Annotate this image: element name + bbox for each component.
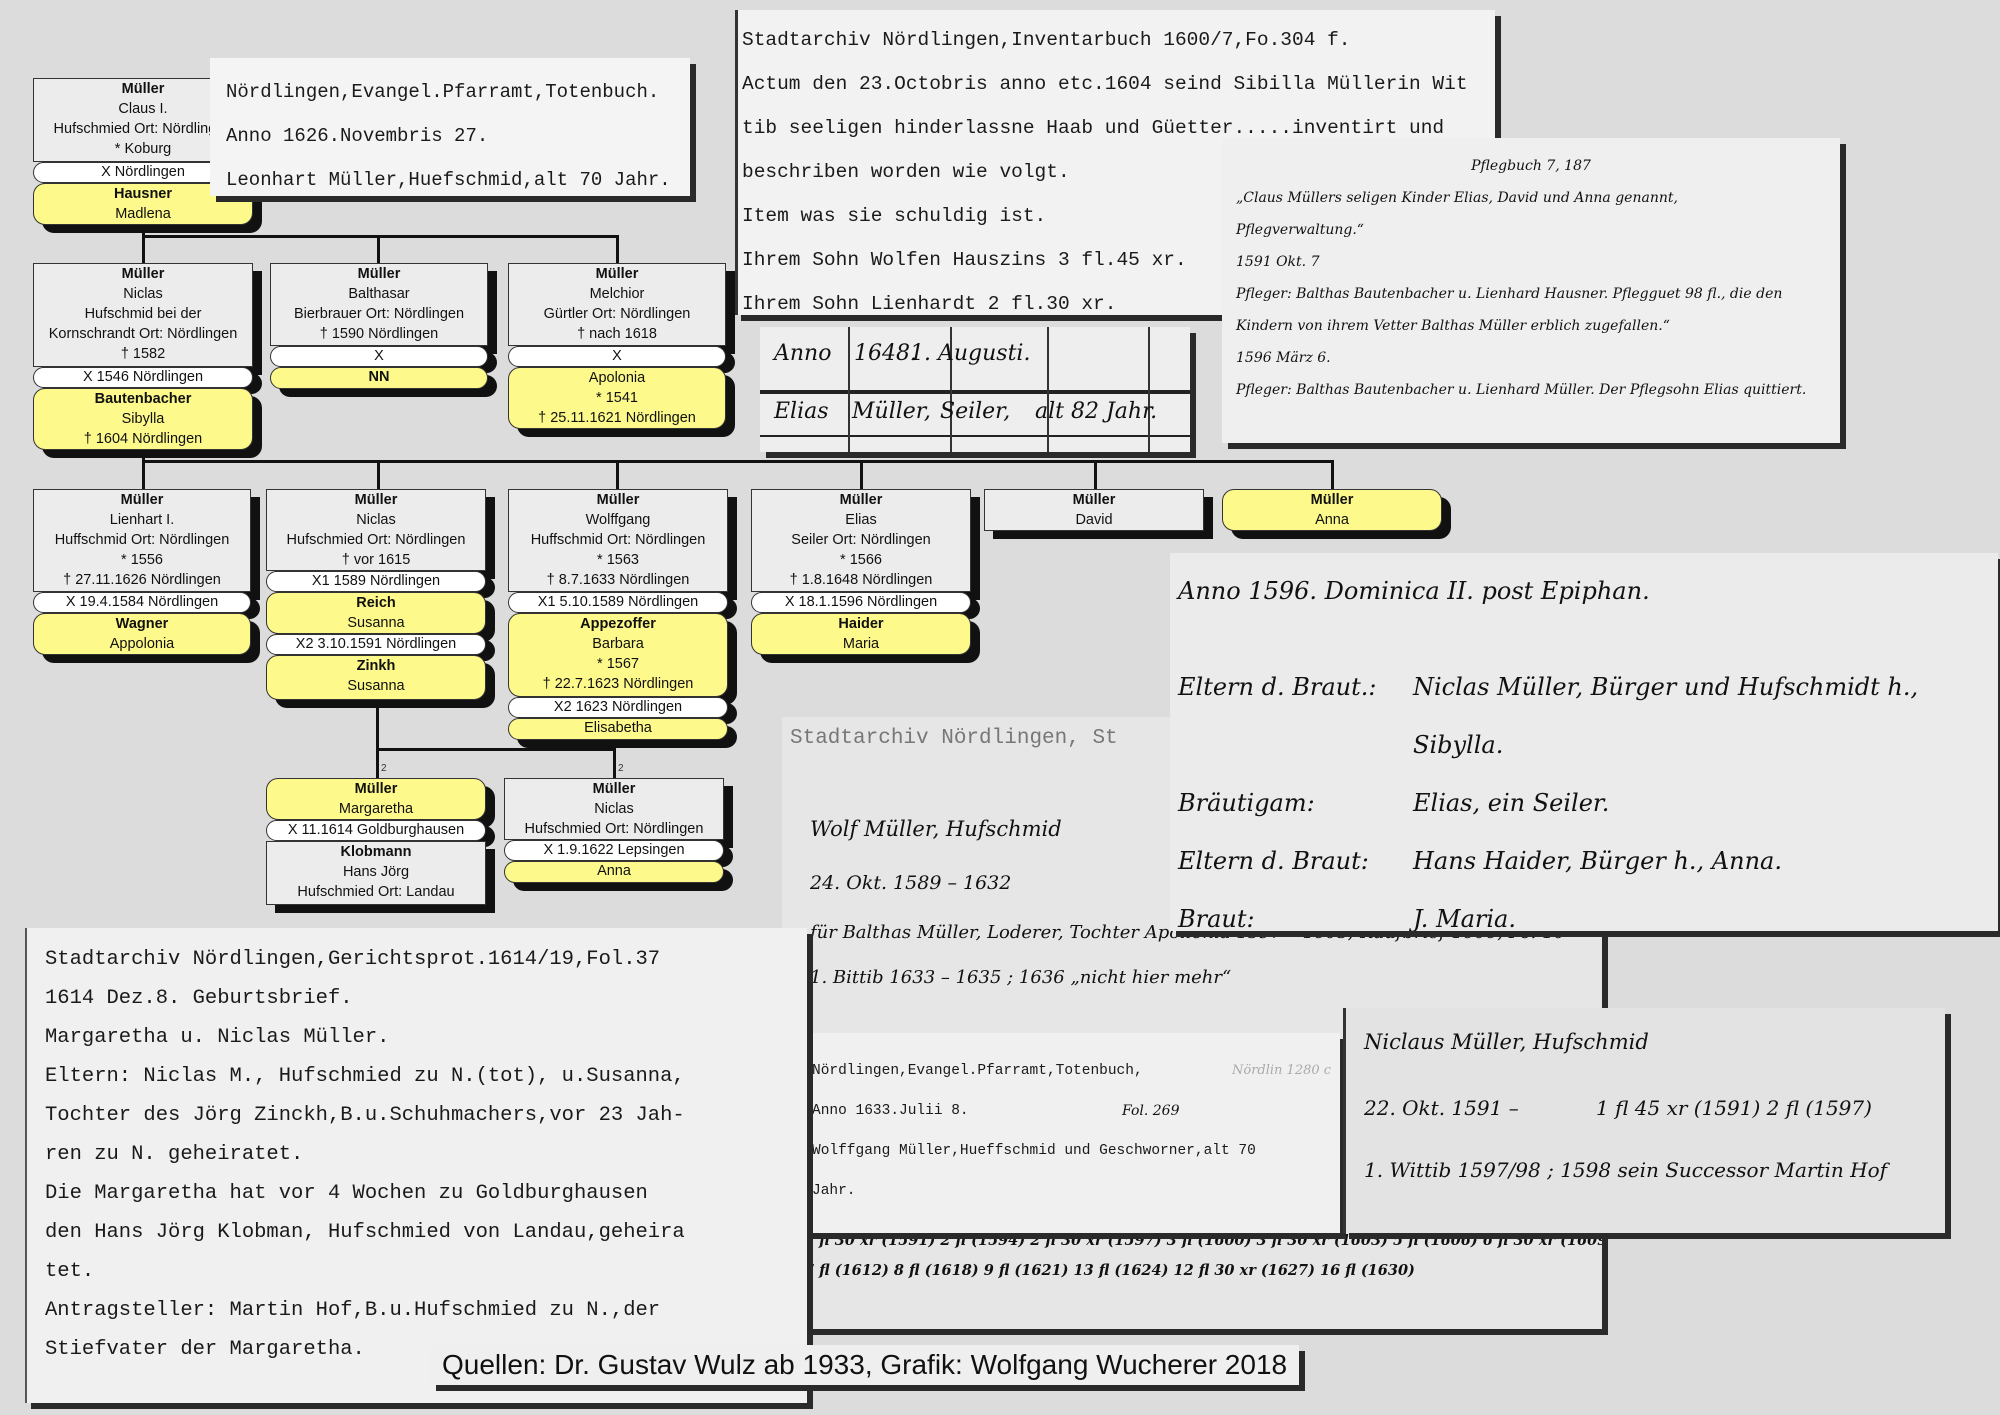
document-totenbuch-1648: Anno 1648. 1. Augusti. Elias Müller, Sei… bbox=[760, 327, 1190, 452]
marriage-record: X1 1589 Nördlingen bbox=[266, 571, 486, 592]
person-david-mueller[interactable]: Müller David bbox=[984, 489, 1204, 531]
marriage-record: X 11.1614 Goldburghausen bbox=[266, 820, 486, 841]
person-maria-haider[interactable]: Haider Maria bbox=[751, 613, 971, 655]
marriage-record: X2 1623 Nördlingen bbox=[508, 697, 728, 718]
person-elisabetha[interactable]: Elisabetha bbox=[508, 718, 728, 740]
person-apolonia[interactable]: Apolonia * 1541 † 25.11.1621 Nördlingen bbox=[508, 367, 726, 429]
connector bbox=[377, 235, 380, 265]
person-elias-mueller[interactable]: Müller Elias Seiler Ort: Nördlingen * 15… bbox=[751, 489, 971, 592]
document-totenbuch-1633: Nördlingen,Evangel.Pfarramt,Totenbuch, A… bbox=[792, 1033, 1340, 1233]
person-hans-joerg-klobmann[interactable]: Klobmann Hans Jörg Hufschmied Ort: Landa… bbox=[266, 841, 486, 905]
person-susanna-zinkh[interactable]: Zinkh Susanna bbox=[266, 655, 486, 700]
document-totenbuch-1626: Nördlingen,Evangel.Pfarramt,Totenbuch. A… bbox=[210, 58, 690, 196]
generation-mark: 2 bbox=[381, 763, 387, 774]
person-niclas-mueller-3[interactable]: Müller Niclas Hufschmied Ort: Nördlingen bbox=[504, 778, 724, 840]
marriage-record: X1 5.10.1589 Nördlingen bbox=[508, 592, 728, 613]
marriage-record: X 18.1.1596 Nördlingen bbox=[751, 592, 971, 613]
person-appolonia-wagner[interactable]: Wagner Appolonia bbox=[33, 613, 251, 655]
person-niclas-mueller[interactable]: Müller Niclas Hufschmid bei der Kornschr… bbox=[33, 263, 253, 367]
connector bbox=[613, 748, 616, 780]
person-anna-mueller[interactable]: Müller Anna bbox=[1222, 489, 1442, 531]
connector bbox=[376, 748, 616, 751]
person-anna[interactable]: Anna bbox=[504, 861, 724, 883]
person-lienhart-mueller[interactable]: Müller Lienhart I. Huffschmid Ort: Nördl… bbox=[33, 489, 251, 592]
connector bbox=[616, 235, 619, 265]
marriage-record: X bbox=[508, 346, 726, 367]
generation-mark: 2 bbox=[618, 763, 624, 774]
person-melchior-mueller[interactable]: Müller Melchior Gürtler Ort: Nördlingen … bbox=[508, 263, 726, 346]
person-sibylla-bautenbacher[interactable]: Bautenbacher Sibylla † 1604 Nördlingen bbox=[33, 388, 253, 450]
marriage-record: X 19.4.1584 Nördlingen bbox=[33, 592, 251, 613]
person-nn[interactable]: NN bbox=[270, 367, 488, 389]
person-susanna-reich[interactable]: Reich Susanna bbox=[266, 592, 486, 634]
person-niclas-mueller-2[interactable]: Müller Niclas Hufschmied Ort: Nördlingen… bbox=[266, 489, 486, 571]
person-wolffgang-mueller[interactable]: Müller Wolffgang Huffschmid Ort: Nördlin… bbox=[508, 489, 728, 592]
connector bbox=[142, 460, 1334, 463]
connector bbox=[142, 225, 145, 265]
marriage-record: X 1.9.1622 Lepsingen bbox=[504, 840, 724, 861]
source-caption: Quellen: Dr. Gustav Wulz ab 1933, Grafik… bbox=[430, 1345, 1299, 1385]
marriage-record: X bbox=[270, 346, 488, 367]
document-pflegbuch: Pflegbuch 7, 187 „Claus Müllers seligen … bbox=[1222, 138, 1840, 443]
person-margaretha-mueller[interactable]: Müller Margaretha bbox=[266, 778, 486, 820]
person-barbara-appezoffer[interactable]: Appezoffer Barbara * 1567 † 22.7.1623 Nö… bbox=[508, 613, 728, 697]
document-trauung-1596: Anno 1596. Dominica II. post Epiphan. El… bbox=[1170, 553, 1998, 931]
document-gerichtsprotokoll: Stadtarchiv Nördlingen,Gerichtsprot.1614… bbox=[25, 928, 807, 1403]
marriage-record: X 1546 Nördlingen bbox=[33, 367, 253, 388]
connector bbox=[142, 235, 619, 238]
document-steuerbuch-niclas: Niclaus Müller, Hufschmid 22. Okt. 1591 … bbox=[1343, 1008, 1945, 1233]
connector bbox=[376, 700, 379, 780]
marriage-record: X2 3.10.1591 Nördlingen bbox=[266, 634, 486, 655]
person-balthasar-mueller[interactable]: Müller Balthasar Bierbrauer Ort: Nördlin… bbox=[270, 263, 488, 346]
